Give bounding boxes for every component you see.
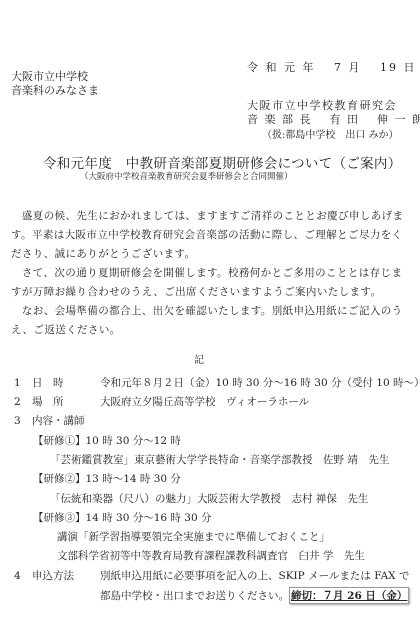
session-3-lecturer: 文部科学省初等中等教育局教育課程課教科調査官 臼井 学 先生 bbox=[57, 548, 365, 563]
item-content: 3内容・講師 bbox=[14, 413, 85, 428]
document-date: 令 和 元 年 7 月 19 日 bbox=[247, 59, 416, 75]
body-line: 盛夏の候、先生におかれましては、ますますご清祥のこととお慶び申しあげま bbox=[11, 208, 403, 223]
session-3-head: 【研修③】14 時 30 分～16 時 30 分 bbox=[33, 510, 211, 525]
item-value: 別紙申込用紙に必要事項を記入の上、SKIP メールまたは FAX で bbox=[100, 570, 409, 582]
body-line: す。平素は大阪市立中学校教育研究会音楽部の活動に際し、ご理解とご尽力をく bbox=[11, 227, 403, 242]
session-2-detail: 「伝統和楽器（尺八）の魅力」大阪芸術大学教授 志村 禅保 先生 bbox=[50, 491, 368, 506]
session-1-detail: 「芸術鑑賞教室」東京藝術大学学長特命・音楽学部教授 佐野 靖 先生 bbox=[50, 452, 389, 467]
application-line-2: 都島中学校・出口までお送りください。締切：７月 26 日（金） bbox=[100, 587, 409, 604]
body-line: すが万障お繰り合わせのうえ、ご出席くださいますようご案内いたします。 bbox=[11, 284, 381, 299]
document-subtitle: （大阪府中学校音楽教育研究会夏季研修会と合同開催） bbox=[80, 170, 293, 182]
item-value: 大阪府立夕陽丘高等学校 ヴィオーラホール bbox=[100, 396, 309, 408]
item-application: 4申込方法別紙申込用紙に必要事項を記入の上、SKIP メールまたは FAX で bbox=[14, 568, 409, 583]
item-number: 3 bbox=[14, 415, 32, 427]
ki-heading: 記 bbox=[194, 351, 204, 366]
item-datetime: 1日 時令和元年８月２日（金）10 時 30 分～16 時 30 分（受付 10… bbox=[14, 375, 420, 390]
session-2-head: 【研修②】13 時～14 時 30 分 bbox=[33, 471, 181, 486]
session-3-detail: 講演「新学習指導要領完全実施までに準備しておくこと」 bbox=[57, 529, 330, 544]
body-line: なお、会場準備の都合上、出欠を確認いたします。別紙申込用紙にご記入のう bbox=[11, 303, 403, 318]
item-number: 1 bbox=[14, 377, 32, 389]
item-label: 申込方法 bbox=[32, 568, 100, 583]
document-title: 令和元年度 中教研音楽部夏期研修会について（ご案内） bbox=[43, 152, 402, 172]
item-label: 内容・講師 bbox=[32, 415, 85, 427]
session-1-head: 【研修①】10 時 30 分～12 時 bbox=[33, 433, 181, 448]
item-number: 2 bbox=[14, 396, 32, 408]
item-venue: 2場 所大阪府立夕陽丘高等学校 ヴィオーラホール bbox=[14, 394, 309, 409]
sender-contact: （扱:都島中学校 出口 みか） bbox=[262, 126, 399, 141]
item-value: 令和元年８月２日（金）10 時 30 分～16 時 30 分（受付 10 時～） bbox=[100, 377, 420, 389]
sender-name: 音 楽 部 長 有 田 伸 一 朗 bbox=[247, 111, 420, 127]
body-line: ださり、誠にありがとうございます。 bbox=[11, 246, 195, 261]
item-label: 場 所 bbox=[32, 394, 100, 409]
application-instruction: 都島中学校・出口までお送りください。 bbox=[100, 590, 289, 602]
body-line: え、ご返送ください。 bbox=[11, 322, 121, 337]
addressee-line-2: 音楽科のみなさま bbox=[11, 82, 99, 98]
item-number: 4 bbox=[14, 570, 32, 582]
item-label: 日 時 bbox=[32, 375, 100, 390]
body-line: さて、次の通り夏期研修会を開催します。校務何かとご多用のこととは存じま bbox=[11, 265, 402, 280]
deadline-box: 締切：７月 26 日（金） bbox=[289, 587, 409, 604]
